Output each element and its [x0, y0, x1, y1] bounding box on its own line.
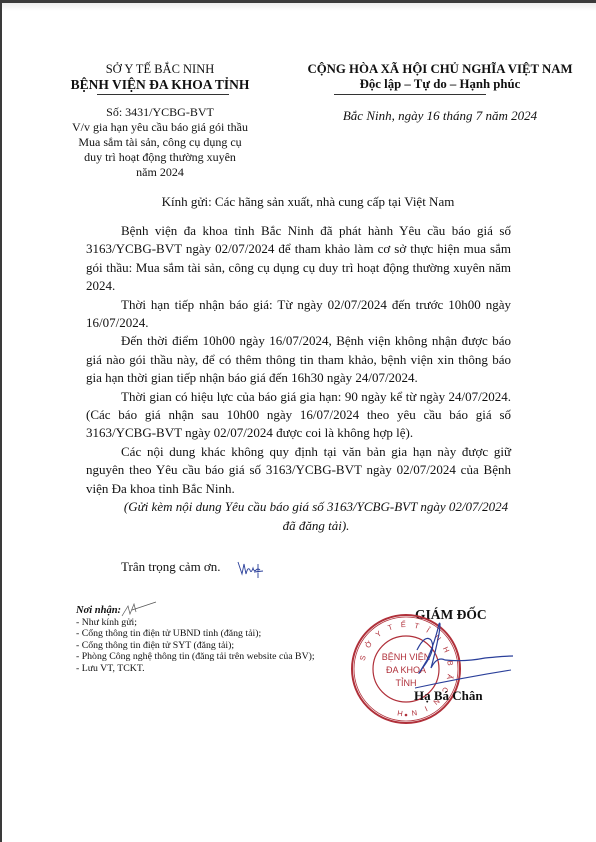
document-reference: Số: 3431/YCBG-BVT V/v gia hạn yêu cầu bá… [60, 105, 260, 180]
motto-underline [334, 94, 486, 95]
recipient-item: - Như kính gửi; [76, 617, 315, 629]
subject-line: V/v gia hạn yêu cầu báo giá gói thầu [60, 120, 260, 135]
page-top-shadow [2, 3, 596, 11]
attachment-note: (Gửi kèm nội dung Yêu cầu báo giá số 316… [86, 498, 511, 535]
initials-signature-icon [236, 558, 266, 580]
national-header: CỘNG HÒA XÃ HỘI CHỦ NGHĨA VIỆT NAM Độc l… [285, 62, 595, 92]
hospital-name: BỆNH VIỆN ĐA KHOA TỈNH [60, 77, 260, 92]
issuing-authority: SỞ Y TẾ BẮC NINH BỆNH VIỆN ĐA KHOA TỈNH [60, 62, 260, 92]
signer-name: Hạ Bá Chân [414, 688, 483, 704]
recipient-item: - Cổng thông tin điện tử UBND tỉnh (đăng… [76, 628, 315, 640]
recipient-item: - Phòng Công nghệ thông tin (đăng tải tr… [76, 651, 315, 663]
document-number: Số: 3431/YCBG-BVT [60, 105, 260, 120]
recipient-item: - Cổng thông tin điện tử SYT (đăng tải); [76, 640, 315, 652]
body-paragraph: Đến thời điểm 10h00 ngày 16/07/2024, Bện… [86, 332, 511, 387]
svg-text:TỈNH: TỈNH [396, 677, 417, 688]
national-motto: Độc lập – Tự do – Hạnh phúc [285, 77, 595, 92]
subject-line: Mua sắm tài sản, công cụ dụng cụ [60, 135, 260, 150]
country-name: CỘNG HÒA XÃ HỘI CHỦ NGHĨA VIỆT NAM [285, 62, 595, 77]
header-left-underline [97, 94, 229, 95]
body-paragraph: Các nội dung khác không quy định tại văn… [86, 443, 511, 498]
recipient-initials-icon [118, 600, 158, 620]
body-paragraph: Thời gian có hiệu lực của báo giá gia hạ… [86, 388, 511, 443]
place-date: Bắc Ninh, ngày 16 tháng 7 năm 2024 [285, 108, 595, 124]
letter-body: Bệnh viện đa khoa tỉnh Bắc Ninh đã phát … [86, 222, 511, 535]
recipients-list: Nơi nhận: - Như kính gửi; - Cổng thông t… [76, 605, 315, 674]
salutation: Kính gửi: Các hãng sản xuất, nhà cung cấ… [60, 194, 556, 210]
subject-line: duy trì hoạt động thường xuyên [60, 150, 260, 165]
recipient-item: - Lưu VT, TCKT. [76, 663, 315, 675]
subject-line: năm 2024 [60, 165, 260, 180]
body-paragraph: Bệnh viện đa khoa tỉnh Bắc Ninh đã phát … [86, 222, 511, 296]
window-left-border [0, 0, 2, 842]
recipients-title: Nơi nhận: [76, 605, 315, 617]
body-paragraph: Thời hạn tiếp nhận báo giá: Từ ngày 02/0… [86, 296, 511, 333]
department-name: SỞ Y TẾ BẮC NINH [60, 62, 260, 77]
closing-line: Trân trọng cảm ơn. [121, 559, 221, 575]
